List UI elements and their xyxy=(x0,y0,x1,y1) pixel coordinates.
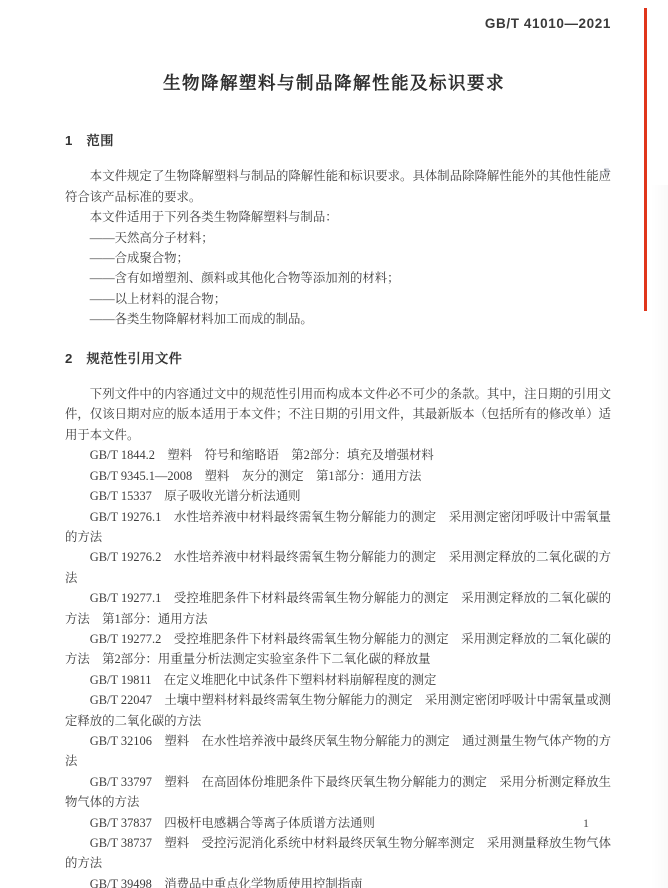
reference-item: GB/T 1844.2 塑料 符号和缩略语 第2部分：填充及增强材料 xyxy=(65,445,611,465)
reference-item: GB/T 19811 在定义堆肥化中试条件下塑料材料崩解程度的测定 xyxy=(65,670,611,690)
red-margin-line xyxy=(644,8,647,311)
reference-item: GB/T 15337 原子吸收光谱分析法通则 xyxy=(65,486,611,506)
scope-list-item: ——各类生物降解材料加工而成的制品。 xyxy=(65,309,611,329)
scope-list-item: ——天然高分子材料； xyxy=(65,228,611,248)
scope-list-item: ——含有如增塑剂、颜料或其他化合物等添加剂的材料； xyxy=(65,268,611,288)
scope-paragraph-1: 本文件规定了生物降解塑料与制品的降解性能和标识要求。具体制品除降解性能外的其他性… xyxy=(65,166,611,207)
reference-item: GB/T 19276.1 水性培养液中材料最终需氧生物分解能力的测定 采用测定密… xyxy=(65,507,611,548)
page-number: 1 xyxy=(583,816,589,831)
reference-item: GB/T 32106 塑料 在水性培养液中最终厌氧生物分解能力的测定 通过测量生… xyxy=(65,731,611,772)
reference-item: GB/T 22047 土壤中塑料材料最终需氧生物分解能力的测定 采用测定密闭呼吸… xyxy=(65,690,611,731)
document-content: 1 范围 本文件规定了生物降解塑料与制品的降解性能和标识要求。具体制品除降解性能… xyxy=(65,131,611,888)
page-edge-shadow xyxy=(650,185,668,888)
reference-item: GB/T 38737 塑料 受控污泥消化系统中材料最终厌氧生物分解率测定 采用测… xyxy=(65,833,611,874)
document-title: 生物降解塑料与制品降解性能及标识要求 xyxy=(0,70,668,95)
section-1-heading: 1 范围 xyxy=(65,131,611,151)
reference-item: GB/T 19276.2 水性培养液中材料最终需氧生物分解能力的测定 采用测定释… xyxy=(65,547,611,588)
document-page: GB/T 41010—2021 生物降解塑料与制品降解性能及标识要求 1 范围 … xyxy=(0,0,668,888)
normative-references-intro: 下列文件中的内容通过文中的规范性引用而构成本文件必不可少的条款。其中，注日期的引… xyxy=(65,384,611,445)
reference-item: GB/T 37837 四极杆电感耦合等离子体质谱方法通则 xyxy=(65,813,611,833)
scope-list-item: ——合成聚合物； xyxy=(65,248,611,268)
standard-code: GB/T 41010—2021 xyxy=(485,16,611,31)
reference-item: GB/T 9345.1—2008 塑料 灰分的测定 第1部分：通用方法 xyxy=(65,466,611,486)
reference-item: GB/T 39498 消费品中重点化学物质使用控制指南 xyxy=(65,874,611,888)
section-2-heading: 2 规范性引用文件 xyxy=(65,349,611,369)
scope-list-item: ——以上材料的混合物； xyxy=(65,289,611,309)
scope-list: ——天然高分子材料； ——合成聚合物； ——含有如增塑剂、颜料或其他化合物等添加… xyxy=(65,228,611,330)
reference-item: GB/T 33797 塑料 在高固体份堆肥条件下最终厌氧生物分解能力的测定 采用… xyxy=(65,772,611,813)
references-list: GB/T 1844.2 塑料 符号和缩略语 第2部分：填充及增强材料 GB/T … xyxy=(65,445,611,888)
scope-paragraph-2: 本文件适用于下列各类生物降解塑料与制品： xyxy=(65,207,611,227)
reference-item: GB/T 19277.2 受控堆肥条件下材料最终需氧生物分解能力的测定 采用测定… xyxy=(65,629,611,670)
reference-item: GB/T 19277.1 受控堆肥条件下材料最终需氧生物分解能力的测定 采用测定… xyxy=(65,588,611,629)
